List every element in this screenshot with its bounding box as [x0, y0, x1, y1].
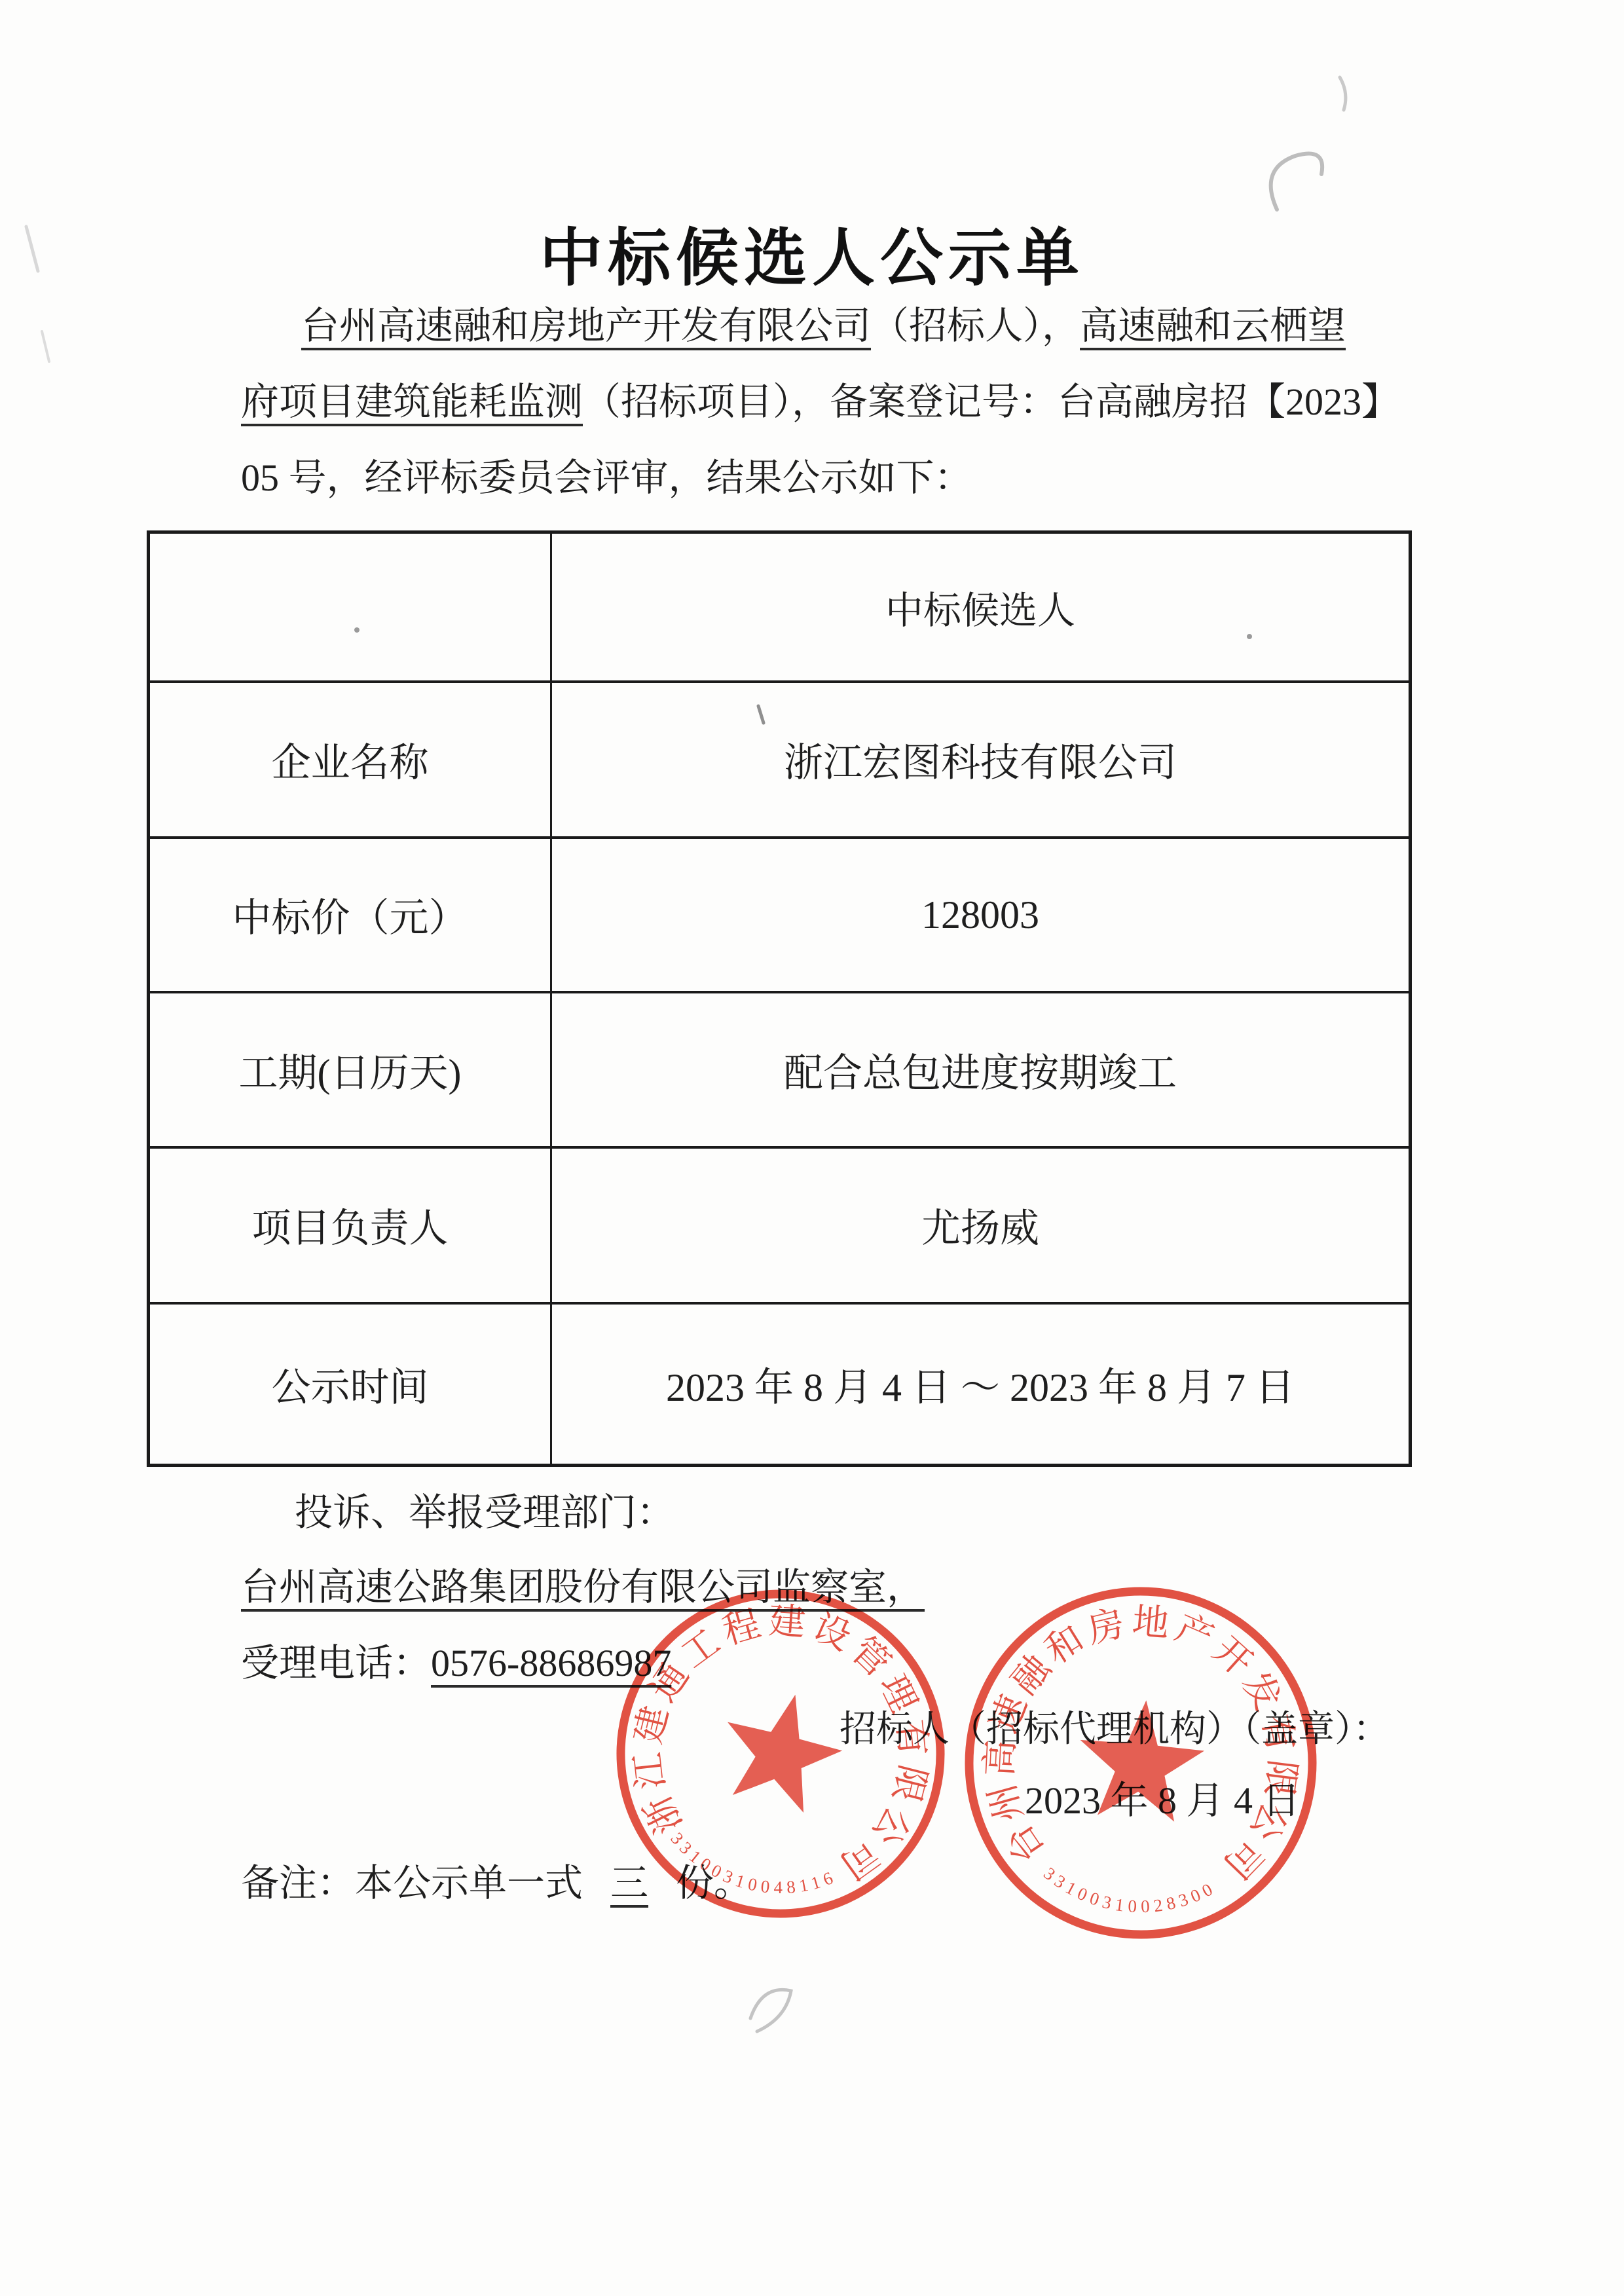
complaint-heading: 投诉、举报受理部门：	[295, 1481, 674, 1536]
scan-artifact-marks	[0, 0, 1624, 2296]
agency-seal-star-icon	[710, 1680, 853, 1818]
note-prefix: 备注：本公示单一式	[241, 1862, 583, 1904]
svg-text:33100310048116: 33100310048116	[659, 1826, 844, 1915]
scanned-notice-page: 中标候选人公示单 台州高速融和房地产开发有限公司（招标人），高速融和云栖望 府项…	[0, 0, 1624, 2296]
phone-label: 受理电话：	[241, 1642, 431, 1684]
tenderer-seal-star-icon	[1074, 1695, 1208, 1824]
tenderer-seal-stamp-icon: 台州高速融和房地产开发有限公司 33100310028300	[942, 1565, 1340, 1962]
phone-line: 受理电话：0576-88686987	[241, 1632, 671, 1687]
agency-seal-serial: 33100310048116	[659, 1826, 844, 1915]
